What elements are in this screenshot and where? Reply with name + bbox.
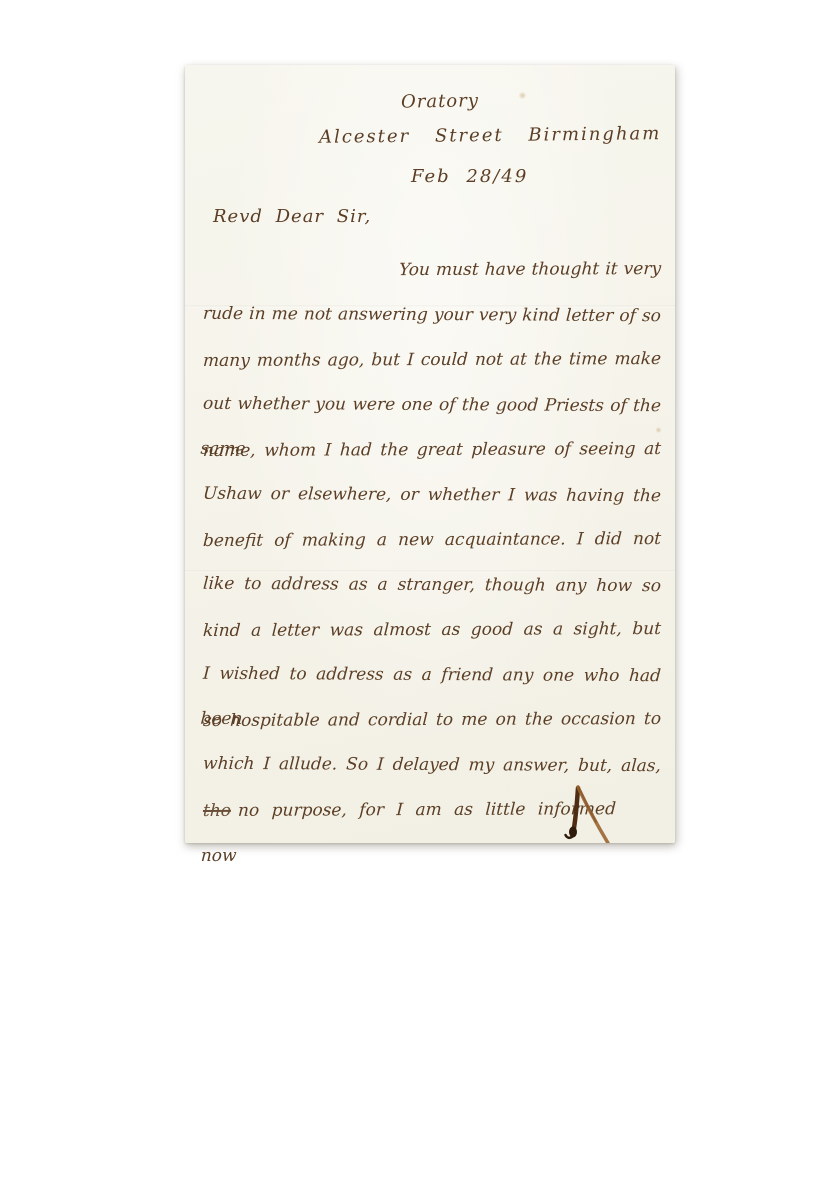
- letter-heading-address: Alcester Street Birmingham: [319, 123, 661, 148]
- letter-line: many months ago, but I could not at the …: [202, 337, 662, 384]
- letter-line: thono purpose, for I am as little inform…: [202, 787, 662, 834]
- foxing-spot: [518, 92, 527, 99]
- letter-line: name, whom I had the great pleasure of s…: [202, 427, 662, 474]
- letter-line-text: no purpose, for I am as little informed …: [200, 799, 616, 866]
- letter-line: kind a letter was almost as good as a si…: [202, 607, 662, 654]
- letter-line: benefit of making a new acquaintance. I …: [202, 517, 662, 564]
- struck-word: tho: [202, 801, 231, 821]
- letter-line: rude in me not answering your very kind …: [202, 292, 662, 339]
- letter-salutation: Revd Dear Sir,: [213, 206, 371, 227]
- letter-body: You must have thought it very rude in me…: [203, 248, 661, 833]
- photo-background: Oratory Alcester Street Birmingham Feb 2…: [0, 0, 819, 1197]
- letter-line: Ushaw or elsewhere, or whether I was hav…: [202, 472, 662, 519]
- letter-line: like to address as a stranger, though an…: [202, 562, 662, 609]
- letter-heading-place: Oratory: [401, 90, 479, 112]
- letter-line: which I allude. So I delayed my answer, …: [202, 742, 662, 789]
- letter-heading-date: Feb 28/49: [411, 166, 528, 187]
- letter-page: Oratory Alcester Street Birmingham Feb 2…: [185, 65, 675, 843]
- letter-line: out whether you were one of the good Pri…: [202, 382, 662, 429]
- letter-line: so hospitable and cordial to me on the o…: [202, 697, 662, 744]
- letter-line: You must have thought it very: [202, 247, 662, 294]
- letter-line: I wished to address as a friend any one …: [202, 652, 662, 699]
